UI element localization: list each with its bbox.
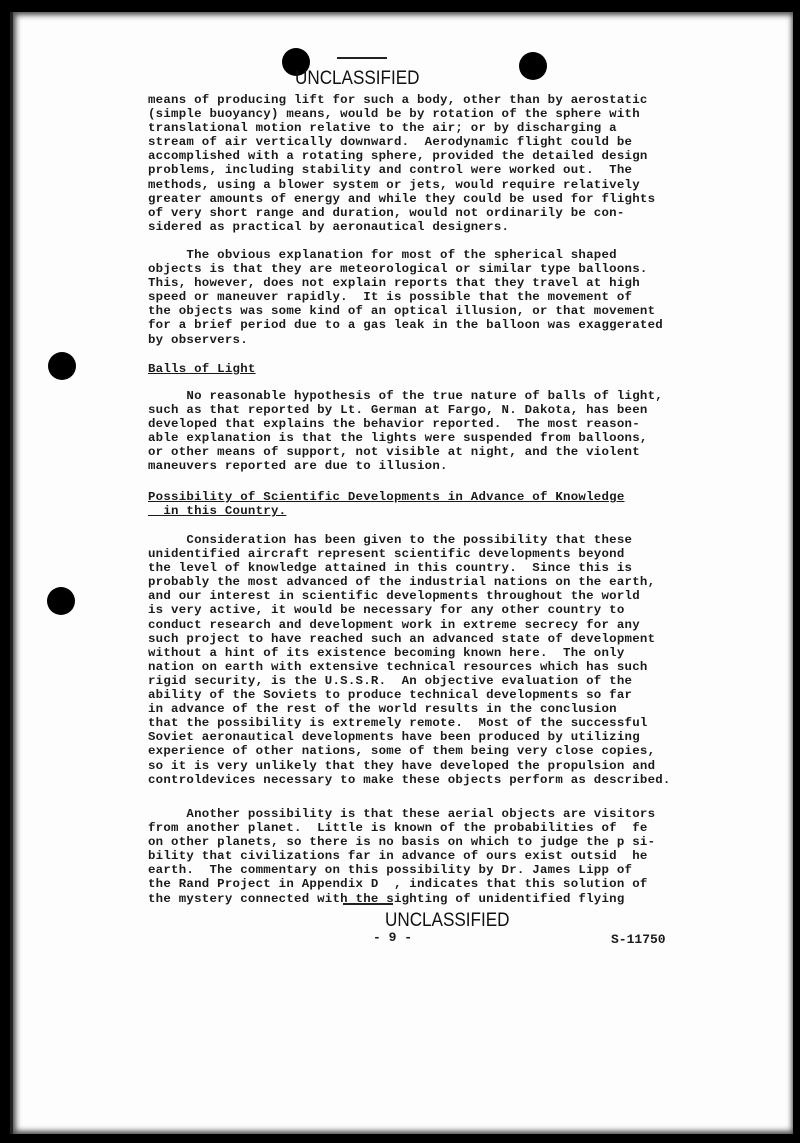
paragraph-2: The obvious explanation for most of the … xyxy=(148,248,663,347)
header-stamp-strike xyxy=(337,57,387,59)
heading-scientific-developments: Possibility of Scientific Developments i… xyxy=(148,490,625,518)
punch-hole-left-lower xyxy=(47,587,75,615)
paragraph-4: Consideration has been given to the poss… xyxy=(148,533,671,787)
header-unclassified-stamp: UNCLASSIFIED xyxy=(295,68,419,90)
paragraph-3: No reasonable hypothesis of the true nat… xyxy=(148,389,663,474)
document-page: UNCLASSIFIED means of producing lift for… xyxy=(10,12,793,1134)
punch-hole-top-right xyxy=(519,52,547,80)
page-number: - 9 - xyxy=(373,930,412,945)
paragraph-5: Another possibility is that these aerial… xyxy=(148,807,655,906)
document-id: S-11750 xyxy=(611,932,666,947)
punch-hole-left-upper xyxy=(48,352,76,380)
heading-balls-of-light: Balls of Light xyxy=(148,362,256,376)
footer-stamp-strike xyxy=(343,903,393,905)
footer-unclassified-stamp: UNCLASSIFIED xyxy=(385,910,509,932)
paragraph-1: means of producing lift for such a body,… xyxy=(148,93,655,234)
